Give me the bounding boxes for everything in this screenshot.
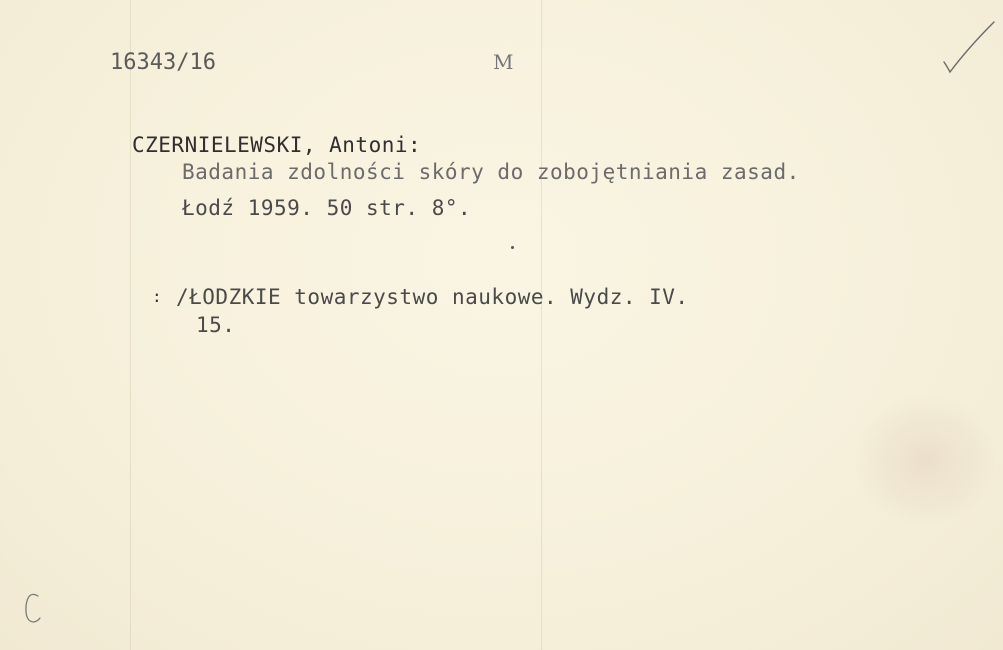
book-title: Badania zdolności skóry do zobojętniania…	[182, 160, 800, 184]
paper-stain	[855, 395, 995, 525]
location-mark: M	[493, 50, 514, 74]
author-heading: CZERNIELEWSKI, Antoni:	[132, 133, 421, 157]
card-ruled-line	[130, 0, 131, 650]
pencil-circle-mark-icon	[20, 588, 50, 628]
series-number: 15.	[196, 313, 235, 337]
checkmark-icon	[938, 18, 998, 78]
imprint: Łodź 1959. 50 str. 8°.	[182, 196, 471, 220]
catalog-card: 16343/16 M CZERNIELEWSKI, Antoni: Badani…	[0, 0, 1003, 650]
series-bullet: :	[152, 287, 162, 306]
call-number: 16343/16	[110, 50, 216, 75]
series-statement: /ŁODZKIE towarzystwo naukowe. Wydz. IV.	[176, 285, 689, 309]
card-ruled-line	[541, 0, 542, 650]
ink-dot	[511, 246, 514, 249]
